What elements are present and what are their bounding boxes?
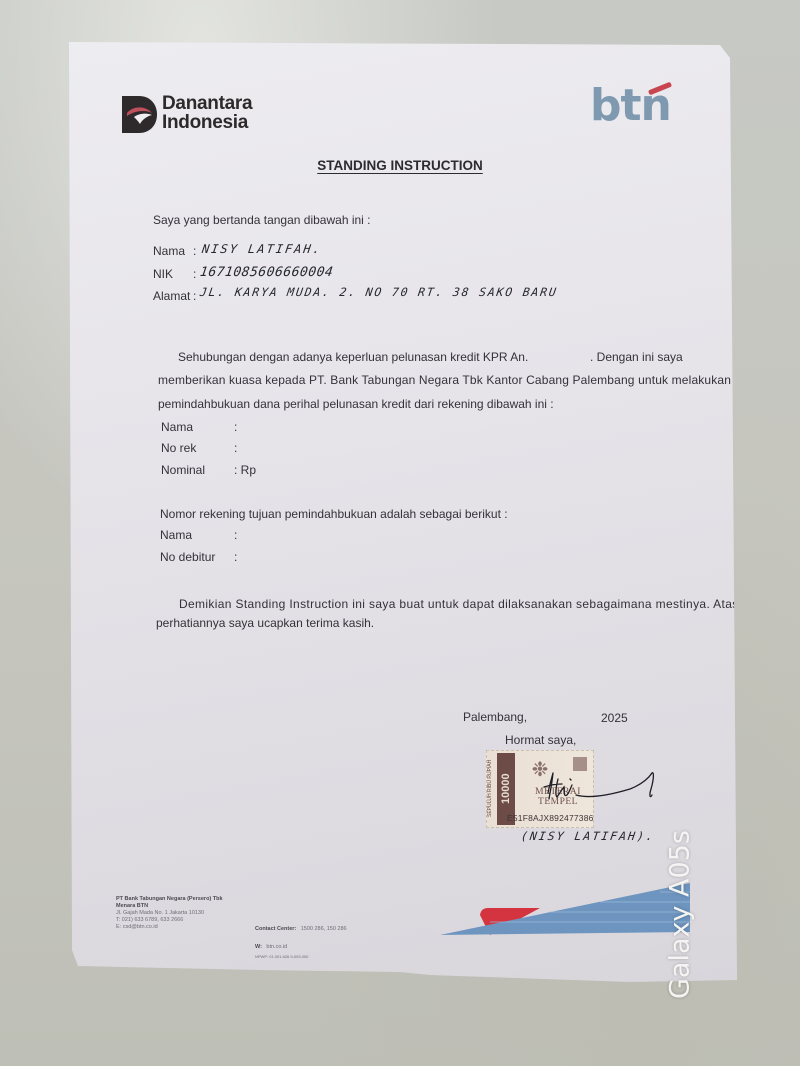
signer-nik-label: NIK — [153, 267, 173, 281]
web-value: btn.co.id — [266, 944, 287, 950]
destination-name-sep: : — [234, 528, 237, 542]
contact-center-value: 1500 286, 150 286 — [301, 926, 347, 932]
paragraph1-line1-start: Sehubungan dengan adanya keperluan pelun… — [178, 346, 528, 368]
danantara-logo-icon — [122, 96, 157, 133]
source-nominal-sep: : Rp — [234, 463, 256, 477]
signer-name-value: NISY LATIFAH. — [201, 242, 323, 256]
signer-address-sep: : — [193, 289, 196, 303]
footer-building: Menara BTN — [116, 903, 223, 910]
handwritten-signature-icon — [540, 765, 680, 810]
intro-text: Saya yang bertanda tangan dibawah ini : — [153, 213, 371, 227]
stamp-side-text: SEPULUH RIBU RUPIAH — [487, 755, 496, 821]
destination-debtor-label: No debitur — [160, 550, 215, 564]
footer-email: E: csd@btn.co.id — [116, 924, 223, 931]
signer-nik-value: 1671085606660004 — [199, 265, 334, 280]
footer-phone: T: 021) 633 6789, 633 2666 — [116, 917, 223, 924]
signature-place: Palembang, — [463, 710, 527, 724]
camera-watermark: Galaxy A05s — [640, 830, 720, 1000]
footer-company: PT Bank Tabungan Negara (Persero) Tbk — [116, 896, 223, 903]
destination-intro: Nomor rekening tujuan pemindahbukuan ada… — [160, 507, 508, 521]
signer-address-value: JL. KARYA MUDA. 2. NO 70 RT. 38 SAKO BAR… — [199, 285, 559, 299]
footer-company-block: PT Bank Tabungan Negara (Persero) Tbk Me… — [116, 896, 223, 931]
paragraph1-line1-end: . Dengan ini saya — [590, 346, 683, 368]
footer-contact-block: Contact Center: 1500 286, 150 286 W: btn… — [255, 917, 347, 960]
destination-name-label: Nama — [160, 528, 192, 542]
signer-nik-sep: : — [193, 267, 196, 281]
signer-name-label: Nama — [153, 244, 185, 258]
web-label: W: — [255, 944, 262, 950]
contact-center-label: Contact Center: — [255, 926, 296, 932]
footer-contact-line: Contact Center: 1500 286, 150 286 — [255, 917, 347, 935]
signature-regards: Hormat saya, — [505, 733, 576, 747]
logo-line2: Indonesia — [162, 113, 252, 132]
source-account-label: No rek — [161, 441, 196, 455]
footer-npwp: NPWP: 01.001.626.9-093.000 — [255, 953, 347, 960]
closing-line2: perhatiannya saya ucapkan terima kasih. — [156, 612, 374, 634]
danantara-logo-text: Danantara Indonesia — [162, 94, 252, 132]
paragraph1-line2: memberikan kuasa kepada PT. Bank Tabunga… — [158, 369, 731, 391]
document-title: STANDING INSTRUCTION — [0, 158, 800, 173]
signer-address-label: Alamat — [153, 289, 190, 303]
footer-address: Jl. Gajah Mada No. 1 Jakarta 10130 — [116, 910, 223, 917]
footer-web-line: W: btn.co.id — [255, 935, 347, 953]
source-account-sep: : — [234, 441, 237, 455]
signature-name: (NISY LATIFAH). — [520, 829, 656, 843]
source-name-label: Nama — [161, 420, 193, 434]
logo-line1: Danantara — [162, 94, 252, 113]
destination-debtor-sep: : — [234, 550, 237, 564]
paragraph1-line3: pemindahbukuan dana perihal pelunasan kr… — [158, 393, 554, 415]
signature-year: 2025 — [601, 711, 628, 725]
signer-name-sep: : — [193, 244, 196, 258]
source-name-sep: : — [234, 420, 237, 434]
stamp-serial: E51F8AJX892477386 — [507, 813, 594, 823]
source-nominal-label: Nominal — [161, 463, 205, 477]
